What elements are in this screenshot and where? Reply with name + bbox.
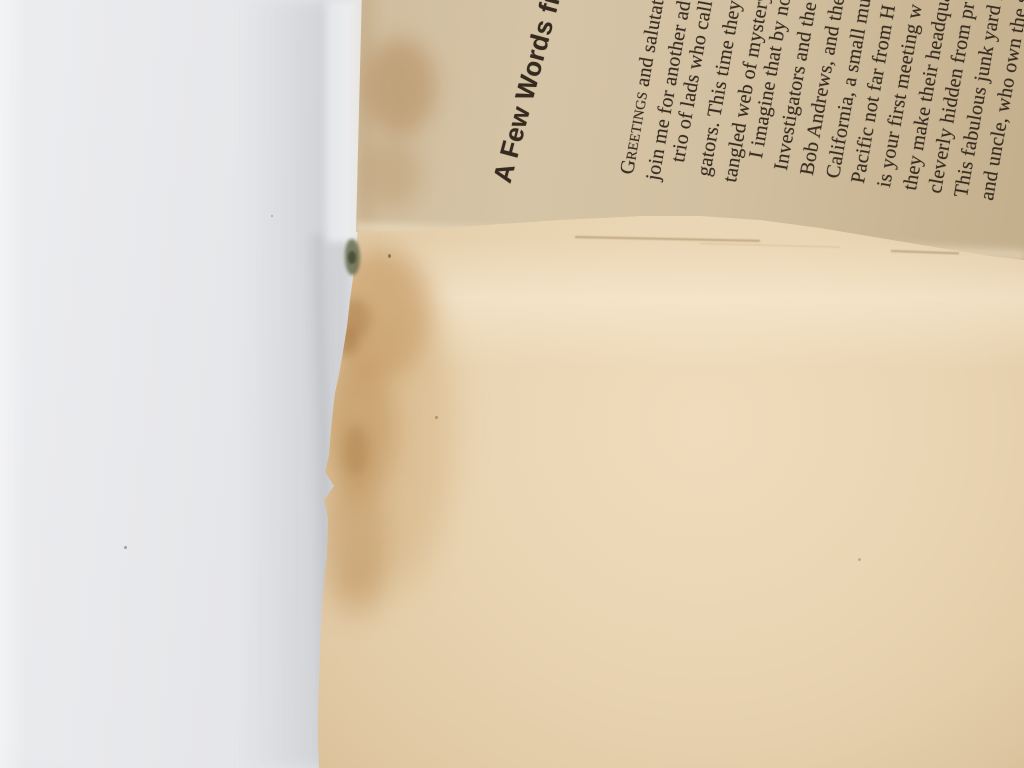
- stain-blob: [364, 38, 436, 136]
- table-light-sheen: [0, 0, 26, 768]
- paper-speck: [388, 254, 391, 258]
- stain-dark-core: [343, 425, 369, 477]
- stain-blob: [330, 558, 382, 620]
- paper-speck: [858, 558, 861, 561]
- dust-speck: [271, 215, 273, 217]
- chapter-title: A Few Words from Alf: [487, 0, 588, 186]
- stain-blob: [365, 138, 421, 210]
- photo-open-book: A Few Words from Alf Greetings and salut…: [0, 0, 1024, 768]
- dust-speck: [124, 546, 127, 549]
- paper-speck: [435, 416, 438, 419]
- mold-spot-core: [348, 251, 356, 264]
